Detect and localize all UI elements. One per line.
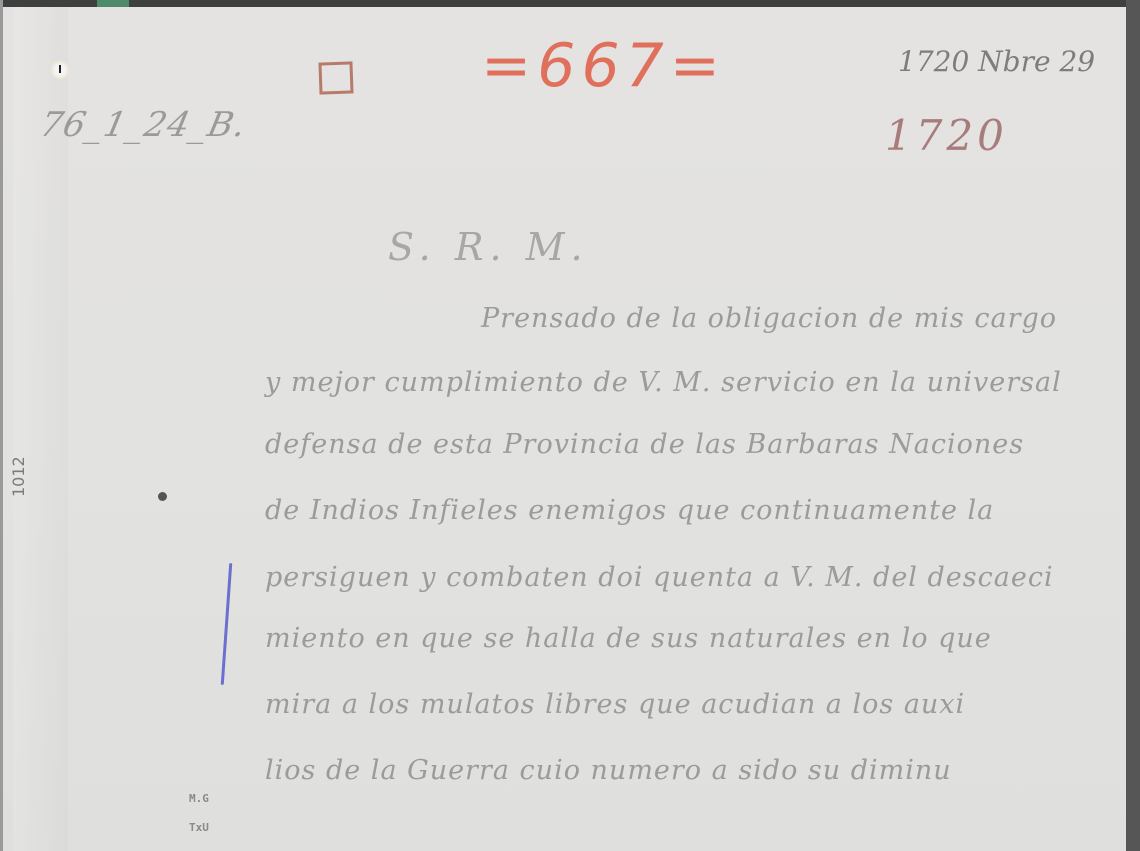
body-line-2: y mejor cumplimiento de V. M. servicio e… xyxy=(265,367,1062,398)
body-line-3: defensa de esta Provincia de las Barbara… xyxy=(265,429,1024,460)
body-line-8: lios de la Guerra cuio numero a sido su … xyxy=(265,755,952,786)
punch-hole xyxy=(51,61,69,79)
stamp-txu: TxU xyxy=(189,821,209,834)
body-line-4: de Indios Infieles enemigos que continua… xyxy=(265,495,994,526)
archive-reference-code: 76_1_24_B. xyxy=(37,105,250,145)
year-annotation: 1720 xyxy=(885,111,1008,160)
body-line-7: mira a los mulatos libres que acudian a … xyxy=(265,689,965,720)
catalog-number: =667= xyxy=(481,31,726,101)
salutation: S. R. M. xyxy=(388,225,589,269)
scanner-frame-tab xyxy=(97,0,129,7)
red-box-mark xyxy=(318,61,353,94)
ink-dot xyxy=(158,492,167,501)
blue-pencil-mark xyxy=(221,563,233,685)
scanner-frame-top xyxy=(0,0,1140,7)
date-annotation: 1720 Nbre 29 xyxy=(898,45,1095,78)
manuscript-page: 76_1_24_B. =667= 1720 Nbre 29 1720 1012 … xyxy=(3,7,1126,851)
margin-folio-number: 1012 xyxy=(9,456,28,497)
body-line-6: miento en que se halla de sus naturales … xyxy=(265,623,992,654)
scanner-frame-right xyxy=(1126,0,1140,851)
stamp-mg: M.G xyxy=(189,792,209,805)
body-line-1: Prensado de la obligacion de mis cargo xyxy=(481,303,1057,334)
body-line-5: persiguen y combaten doi quenta a V. M. … xyxy=(265,562,1054,593)
